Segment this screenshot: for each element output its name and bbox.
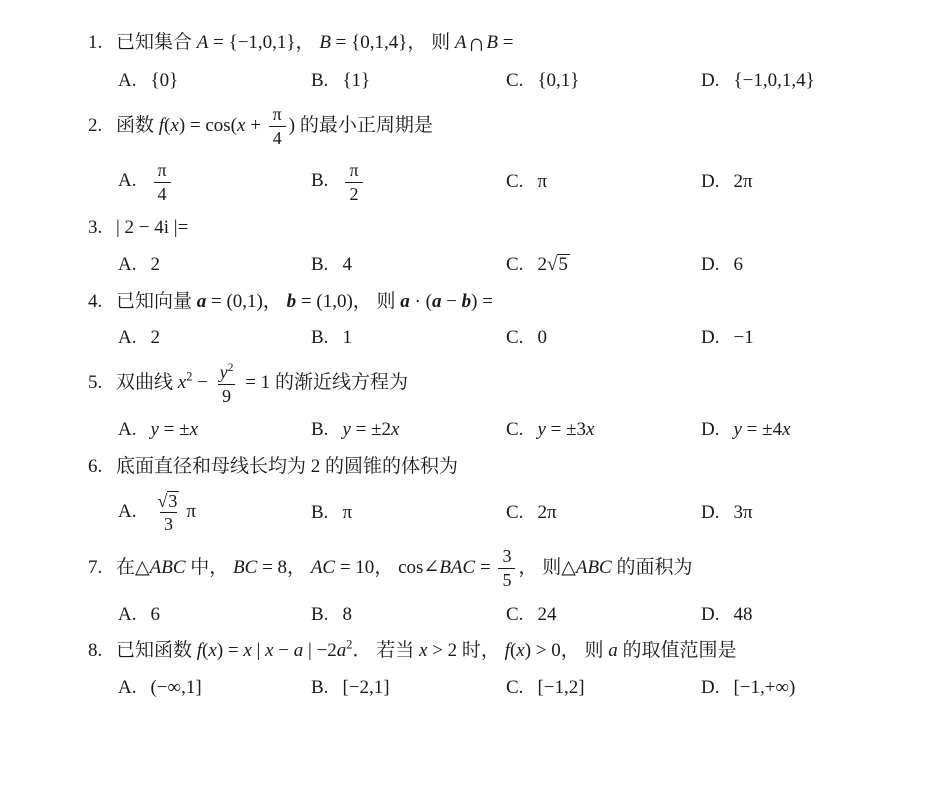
math-text: = ±4: [742, 419, 782, 440]
option-value: 3π: [733, 502, 752, 523]
math-text: {0,1}: [537, 70, 579, 91]
option-label: C.: [506, 254, 523, 275]
math-text: > 2: [427, 640, 457, 661]
math-text: = {−1,0,1}: [208, 32, 295, 53]
question-item: 7.在△ABC 中， BC = 8， AC = 10， cos∠BAC = 35…: [88, 546, 902, 627]
math-text: 的取值范围是: [618, 640, 737, 661]
option: A.y = ±x: [118, 417, 311, 443]
math-text: △: [135, 557, 150, 578]
math-text: x: [178, 372, 186, 393]
math-text: 8: [342, 604, 352, 625]
math-text: 9: [222, 386, 231, 406]
option-label: C.: [506, 502, 523, 523]
math-text: 的面积为: [612, 557, 693, 578]
option: C.[−1,2]: [506, 675, 701, 701]
option-value: 48: [733, 604, 752, 625]
math-text: ，: [374, 557, 398, 578]
math-text: =: [498, 32, 513, 53]
option: A.2: [118, 252, 311, 278]
option-value: {0,1}: [537, 70, 579, 91]
options-row: A.y = ±xB.y = ±2xC.y = ±3xD.y = ±4x: [88, 417, 902, 443]
option: C.2√5: [506, 252, 701, 278]
math-text: 的渐近线方程为: [270, 372, 408, 393]
math-text: | 2 − 4i |=: [116, 217, 188, 238]
fraction-denominator: 4: [269, 126, 286, 149]
option: B.[−2,1]: [311, 675, 506, 701]
math-text: π: [157, 160, 166, 180]
option-value: y = ±2x: [342, 419, 399, 440]
math-text: ABC: [150, 557, 186, 578]
option-label: D.: [701, 171, 719, 192]
question-number: 2.: [88, 113, 116, 139]
option-label: A.: [118, 604, 136, 625]
math-text: x: [391, 419, 399, 440]
option-label: D.: [701, 254, 719, 275]
math-text: b: [287, 291, 297, 312]
math-text: 1: [342, 327, 352, 348]
option-value: π: [537, 171, 547, 192]
question-stem-text: 函数 f(x) = cos(x + π4) 的最小正周期是: [116, 115, 433, 136]
fraction-numerator: √3: [153, 491, 183, 513]
question-stem-text: 已知向量 a = (0,1)， b = (1,0)， 则 a · (a − b)…: [116, 291, 493, 312]
option: B.y = ±2x: [311, 417, 506, 443]
math-text: 4: [158, 184, 167, 204]
radical-sign: √: [547, 255, 557, 274]
fraction-numerator: y2: [216, 362, 238, 384]
math-text: 3: [168, 491, 177, 511]
question-stem-text: 已知函数 f(x) = x | x − a | −2a2． 若当 x > 2 时…: [116, 640, 737, 661]
option-value: −1: [733, 327, 753, 348]
option-label: D.: [701, 502, 719, 523]
math-text: = (1,0): [296, 291, 353, 312]
math-text: (−∞,1]: [150, 677, 201, 698]
math-text: a: [608, 640, 618, 661]
math-text: cos∠: [398, 557, 439, 578]
option-label: B.: [311, 502, 328, 523]
math-text: BAC: [439, 557, 475, 578]
fraction-denominator: 2: [345, 182, 362, 205]
option: C.y = ±3x: [506, 417, 701, 443]
option: D.{−1,0,1,4}: [701, 68, 902, 94]
math-text: 2: [150, 254, 160, 275]
option-value: {0}: [150, 70, 178, 91]
question-item: 4.已知向量 a = (0,1)， b = (1,0)， 则 a · (a − …: [88, 289, 902, 351]
question-item: 1.已知集合 A = {−1,0,1}， B = {0,1,4}， 则 A∩B …: [88, 30, 902, 93]
math-text: 3: [164, 514, 173, 534]
math-text: 底面直径和母线长均为 2 的圆锥的体积为: [116, 456, 458, 477]
math-text: b: [462, 291, 472, 312]
option: D.[−1,+∞): [701, 675, 902, 701]
option: A.6: [118, 602, 311, 628]
math-text: a: [197, 291, 207, 312]
question-item: 2.函数 f(x) = cos(x + π4) 的最小正周期是A.π4B.π2C…: [88, 104, 902, 204]
math-text: x: [170, 115, 178, 136]
math-text: 4: [342, 254, 352, 275]
option-label: D.: [701, 70, 719, 91]
options-row: A.6B.8C.24D.48: [88, 602, 902, 628]
math-text: π: [537, 171, 547, 192]
math-text: ， 则: [518, 557, 561, 578]
option-value: π2: [342, 170, 365, 191]
math-text: 5: [558, 254, 568, 275]
math-text: x: [265, 640, 273, 661]
math-text: ，: [296, 32, 320, 53]
option-label: A.: [118, 327, 136, 348]
math-text: x: [208, 640, 216, 661]
options-row: A.(−∞,1]B.[−2,1]C.[−1,2]D.[−1,+∞): [88, 675, 902, 701]
fraction-numerator: π: [269, 104, 286, 126]
math-text: B: [486, 32, 498, 53]
math-text: 时，: [457, 640, 505, 661]
option: A.√33π: [118, 491, 311, 536]
option-value: [−1,2]: [537, 677, 584, 698]
option-label: B.: [311, 327, 328, 348]
question-item: 6.底面直径和母线长均为 2 的圆锥的体积为A.√33πB.πC.2πD.3π: [88, 454, 902, 535]
math-text: ) =: [217, 640, 244, 661]
option-label: B.: [311, 419, 328, 440]
math-text: |: [252, 640, 265, 661]
option: A.π4: [118, 160, 311, 205]
math-text: BC: [233, 557, 257, 578]
option-value: [−2,1]: [342, 677, 389, 698]
math-text: ) > 0: [525, 640, 561, 661]
fraction-denominator: 3: [160, 512, 177, 535]
math-text: −: [441, 291, 461, 312]
option-label: B.: [311, 677, 328, 698]
question-stem-text: 已知集合 A = {−1,0,1}， B = {0,1,4}， 则 A∩B =: [116, 32, 513, 53]
option-label: A.: [118, 419, 136, 440]
question-stem: 4.已知向量 a = (0,1)， b = (1,0)， 则 a · (a − …: [88, 289, 902, 315]
option: B.π2: [311, 160, 506, 205]
math-text: = (0,1): [206, 291, 263, 312]
option: D.48: [701, 602, 902, 628]
math-text: a: [337, 640, 347, 661]
math-text: π: [273, 104, 282, 124]
option-value: 2π: [537, 502, 556, 523]
fraction: π4: [153, 160, 170, 205]
option-label: B.: [311, 70, 328, 91]
option-label: A.: [118, 677, 136, 698]
math-text: 6: [733, 254, 743, 275]
math-text: ， 则: [407, 32, 455, 53]
option-value: [−1,+∞): [733, 677, 795, 698]
math-text: AC: [311, 557, 335, 578]
options-row: A.π4B.π2C.πD.2π: [88, 160, 902, 205]
math-text: [−1,2]: [537, 677, 584, 698]
options-row: A.√33πB.πC.2πD.3π: [88, 491, 902, 536]
question-stem-text: 底面直径和母线长均为 2 的圆锥的体积为: [116, 456, 458, 477]
option-value: {−1,0,1,4}: [733, 70, 814, 91]
math-text: 2: [537, 254, 547, 275]
math-text: a: [294, 640, 304, 661]
option-value: 1: [342, 327, 352, 348]
option-value: 2: [150, 254, 160, 275]
option-value: 2π: [733, 171, 752, 192]
math-text: y: [220, 362, 228, 382]
math-text: 已知函数: [116, 640, 197, 661]
math-text: {1}: [342, 70, 370, 91]
option-label: A.: [118, 501, 136, 522]
option-label: B.: [311, 254, 328, 275]
option-value: 0: [537, 327, 547, 348]
math-text: ，: [263, 291, 287, 312]
math-text: ． 若当: [352, 640, 419, 661]
math-text: 3π: [733, 502, 752, 523]
math-text: 2: [349, 184, 358, 204]
question-number: 8.: [88, 638, 116, 664]
math-text: · (: [410, 291, 432, 312]
option: D.3π: [701, 500, 902, 526]
option-label: C.: [506, 327, 523, 348]
option-label: A.: [118, 70, 136, 91]
math-text: 2π: [733, 171, 752, 192]
option-label: C.: [506, 677, 523, 698]
math-text: 24: [537, 604, 556, 625]
math-text: 4: [273, 128, 282, 148]
option: D.−1: [701, 325, 902, 351]
option-label: D.: [701, 677, 719, 698]
option-label: A.: [118, 254, 136, 275]
option: B.8: [311, 602, 506, 628]
math-text: 中，: [186, 557, 234, 578]
math-text: {0}: [150, 70, 178, 91]
option-value: 2: [150, 327, 160, 348]
option-label: A.: [118, 170, 136, 191]
option-value: π: [342, 502, 352, 523]
math-text: x: [516, 640, 524, 661]
math-text: A: [197, 32, 209, 53]
option-value: 2√5: [537, 254, 569, 275]
question-stem: 3.| 2 − 4i |=: [88, 215, 902, 241]
question-item: 8.已知函数 f(x) = x | x − a | −2a2． 若当 x > 2…: [88, 638, 902, 700]
math-text: | −2: [303, 640, 337, 661]
math-text: [−1,+∞): [733, 677, 795, 698]
square-root: √5: [547, 254, 570, 276]
option-value: 6: [150, 604, 160, 625]
math-text: 6: [150, 604, 160, 625]
math-text: y: [150, 419, 158, 440]
question-number: 3.: [88, 215, 116, 241]
question-number: 1.: [88, 30, 116, 56]
math-text: ) =: [471, 291, 493, 312]
math-text: = ±3: [546, 419, 586, 440]
option: A.(−∞,1]: [118, 675, 311, 701]
radical-sign: √: [157, 492, 167, 510]
question-stem: 7.在△ABC 中， BC = 8， AC = 10， cos∠BAC = 35…: [88, 546, 902, 591]
option: C.{0,1}: [506, 68, 701, 94]
question-stem-text: | 2 − 4i |=: [116, 217, 188, 238]
question-number: 4.: [88, 289, 116, 315]
radicand: 5: [557, 254, 570, 276]
fraction: 35: [498, 546, 515, 591]
math-text: y: [342, 419, 350, 440]
option-value: 4: [342, 254, 352, 275]
math-text: = ±: [159, 419, 190, 440]
math-text: = {0,1,4}: [331, 32, 407, 53]
document-page: 1.已知集合 A = {−1,0,1}， B = {0,1,4}， 则 A∩B …: [0, 0, 942, 701]
math-text: = 8: [257, 557, 287, 578]
math-text: x: [782, 419, 790, 440]
math-text: −: [274, 640, 294, 661]
option-label: C.: [506, 171, 523, 192]
option-label: D.: [701, 327, 719, 348]
option: A.{0}: [118, 68, 311, 94]
option: B.π: [311, 500, 506, 526]
option: D.6: [701, 252, 902, 278]
math-text: ，: [287, 557, 311, 578]
question-stem: 1.已知集合 A = {−1,0,1}， B = {0,1,4}， 则 A∩B …: [88, 30, 902, 57]
option: A.2: [118, 325, 311, 351]
option-value: y = ±x: [150, 419, 198, 440]
math-text: −: [192, 372, 212, 393]
option-value: (−∞,1]: [150, 677, 201, 698]
math-text: 在: [116, 557, 135, 578]
option-value: π4: [150, 170, 173, 191]
fraction-numerator: 3: [498, 546, 515, 568]
question-list: 1.已知集合 A = {−1,0,1}， B = {0,1,4}， 则 A∩B …: [88, 30, 902, 701]
math-text: △: [561, 557, 576, 578]
superscript: 2: [228, 361, 234, 374]
math-text: A: [455, 32, 467, 53]
math-text: ， 则: [353, 291, 401, 312]
question-stem-text: 在△ABC 中， BC = 8， AC = 10， cos∠BAC = 35， …: [116, 557, 693, 578]
question-stem: 2.函数 f(x) = cos(x + π4) 的最小正周期是: [88, 104, 902, 149]
math-text: 5: [502, 570, 511, 590]
option-label: C.: [506, 604, 523, 625]
math-text: = 10: [335, 557, 374, 578]
option: D.y = ±4x: [701, 417, 902, 443]
math-text: 2π: [537, 502, 556, 523]
option: C.0: [506, 325, 701, 351]
math-text: −1: [733, 327, 753, 348]
option-value: 24: [537, 604, 556, 625]
fraction-numerator: π: [153, 160, 170, 182]
option-value: √33π: [150, 501, 196, 522]
math-text: 已知向量: [116, 291, 197, 312]
math-text: y: [537, 419, 545, 440]
math-text: 2: [150, 327, 160, 348]
fraction-denominator: 4: [154, 182, 171, 205]
math-text: +: [245, 115, 265, 136]
math-text: 函数: [116, 115, 159, 136]
question-item: 5.双曲线 x2 − y29 = 1 的渐近线方程为A.y = ±xB.y = …: [88, 362, 902, 443]
option-label: B.: [311, 604, 328, 625]
options-row: A.2B.1C.0D.−1: [88, 325, 902, 351]
option-value: y = ±4x: [733, 419, 790, 440]
option-label: D.: [701, 604, 719, 625]
math-text: 0: [537, 327, 547, 348]
option: C.2π: [506, 500, 701, 526]
fraction: π2: [345, 160, 362, 205]
fraction-denominator: 9: [218, 384, 235, 407]
math-text: x: [586, 419, 594, 440]
math-text: [−2,1]: [342, 677, 389, 698]
math-text: ABC: [576, 557, 612, 578]
question-number: 6.: [88, 454, 116, 480]
option-label: C.: [506, 419, 523, 440]
question-stem-text: 双曲线 x2 − y29 = 1 的渐近线方程为: [116, 372, 408, 393]
question-number: 5.: [88, 370, 116, 396]
fraction: π4: [269, 104, 286, 149]
math-text: {−1,0,1,4}: [733, 70, 814, 91]
math-text: ∩: [467, 30, 487, 57]
math-text: y: [733, 419, 741, 440]
question-item: 3.| 2 − 4i |=A.2B.4C.2√5D.6: [88, 215, 902, 277]
fraction-denominator: 5: [498, 568, 515, 591]
math-text: 3: [502, 546, 511, 566]
option: C.24: [506, 602, 701, 628]
option: D.2π: [701, 169, 902, 195]
question-stem: 6.底面直径和母线长均为 2 的圆锥的体积为: [88, 454, 902, 480]
math-text: 双曲线: [116, 372, 178, 393]
option-label: B.: [311, 170, 328, 191]
option-label: C.: [506, 70, 523, 91]
option-value: 8: [342, 604, 352, 625]
math-text: x: [243, 640, 251, 661]
option-value: y = ±3x: [537, 419, 594, 440]
math-text: π: [342, 502, 352, 523]
math-text: a: [400, 291, 410, 312]
math-text: = ±2: [351, 419, 391, 440]
option: B.{1}: [311, 68, 506, 94]
fraction: y29: [216, 362, 238, 407]
option-label: D.: [701, 419, 719, 440]
options-row: A.2B.4C.2√5D.6: [88, 252, 902, 278]
math-text: 的最小正周期是: [295, 115, 433, 136]
option: B.1: [311, 325, 506, 351]
options-row: A.{0}B.{1}C.{0,1}D.{−1,0,1,4}: [88, 68, 902, 94]
math-text: π: [349, 160, 358, 180]
option-value: {1}: [342, 70, 370, 91]
square-root: √3: [157, 491, 179, 512]
math-text: 48: [733, 604, 752, 625]
question-number: 7.: [88, 555, 116, 581]
question-stem: 5.双曲线 x2 − y29 = 1 的渐近线方程为: [88, 362, 902, 407]
math-text: ， 则: [561, 640, 609, 661]
math-text: 已知集合: [116, 32, 197, 53]
math-text: =: [475, 557, 495, 578]
option: C.π: [506, 169, 701, 195]
radicand: 3: [167, 491, 179, 512]
fraction: √33: [153, 491, 183, 536]
option: B.4: [311, 252, 506, 278]
option-value: 6: [733, 254, 743, 275]
math-text: x: [190, 419, 198, 440]
question-stem: 8.已知函数 f(x) = x | x − a | −2a2． 若当 x > 2…: [88, 638, 902, 664]
math-text: B: [319, 32, 331, 53]
math-text: = 1: [240, 372, 270, 393]
math-text: ) = cos(: [179, 115, 237, 136]
fraction-numerator: π: [345, 160, 362, 182]
math-text: π: [186, 501, 196, 522]
